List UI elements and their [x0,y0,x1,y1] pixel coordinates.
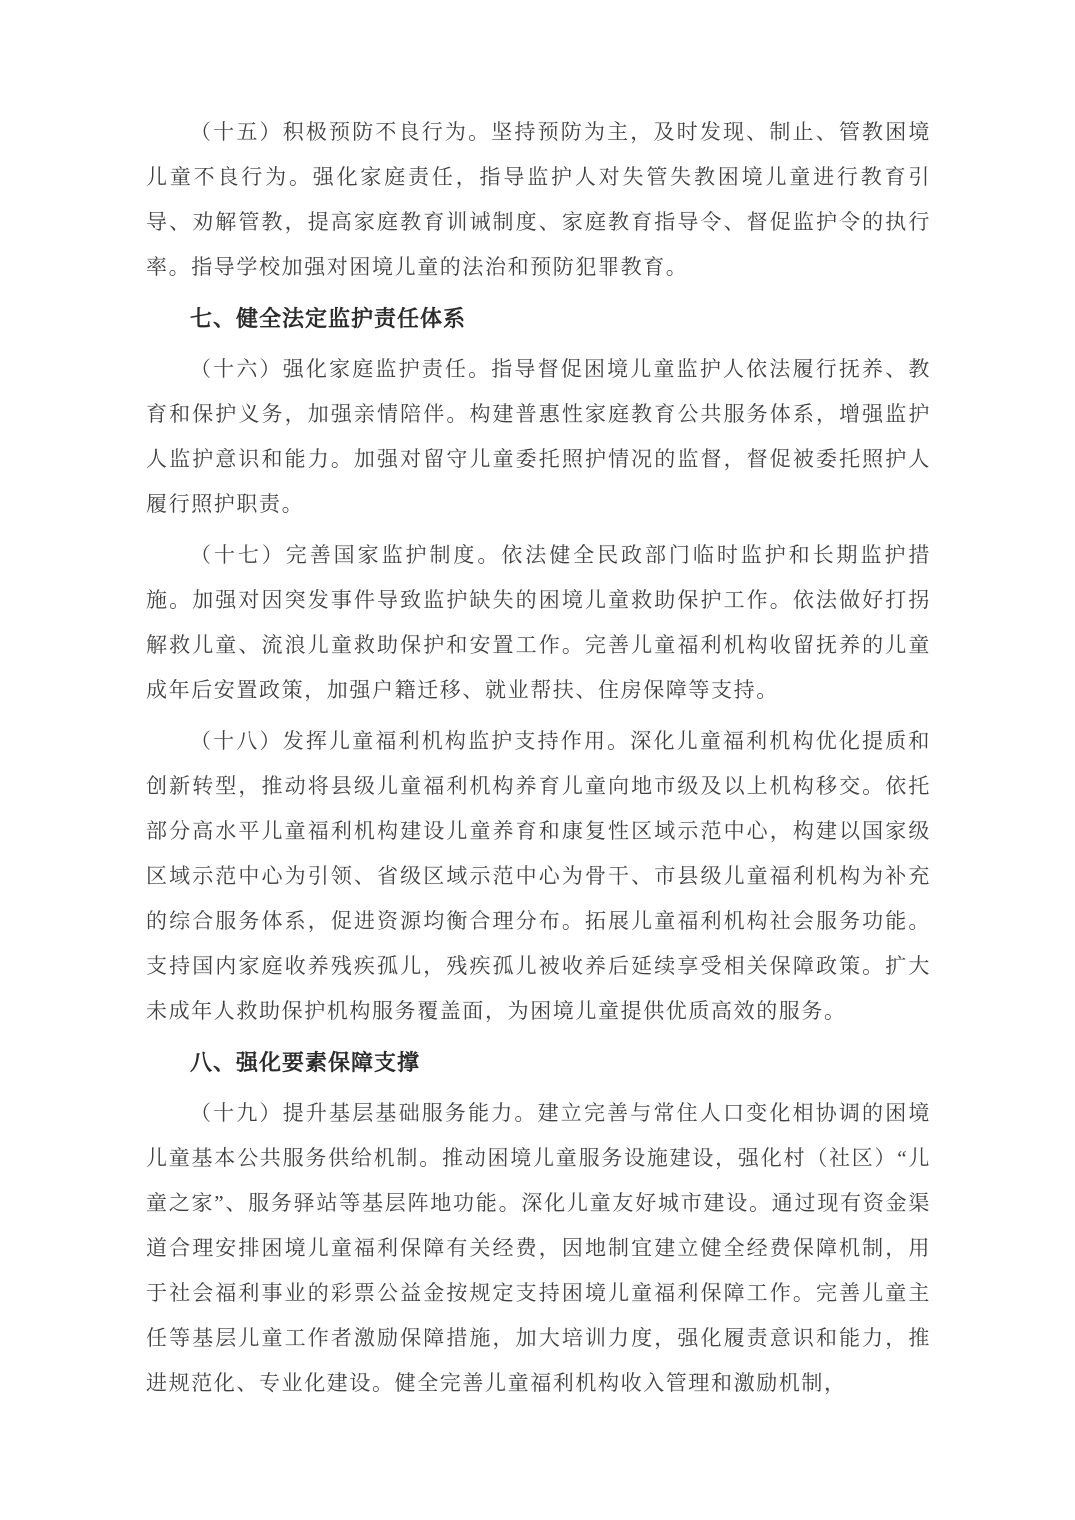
paragraph-item-15: （十五）积极预防不良行为。坚持预防为主，及时发现、制止、管教困境儿童不良行为。强… [146,110,931,290]
section-heading-7: 七、健全法定监护责任体系 [146,296,931,341]
paragraph-item-16: （十六）强化家庭监护责任。指导督促困境儿童监护人依法履行抚养、教育和保护义务，加… [146,347,931,527]
paragraph-item-19: （十九）提升基层基础服务能力。建立完善与常住人口变化相协调的困境儿童基本公共服务… [146,1091,931,1406]
section-heading-8: 八、强化要素保障支撑 [146,1040,931,1085]
document-page: （十五）积极预防不良行为。坚持预防为主，及时发现、制止、管教困境儿童不良行为。强… [0,0,1075,1520]
paragraph-item-18: （十八）发挥儿童福利机构监护支持作用。深化儿童福利机构优化提质和创新转型，推动将… [146,719,931,1034]
paragraph-item-17: （十七）完善国家监护制度。依法健全民政部门临时监护和长期监护措施。加强对因突发事… [146,533,931,713]
